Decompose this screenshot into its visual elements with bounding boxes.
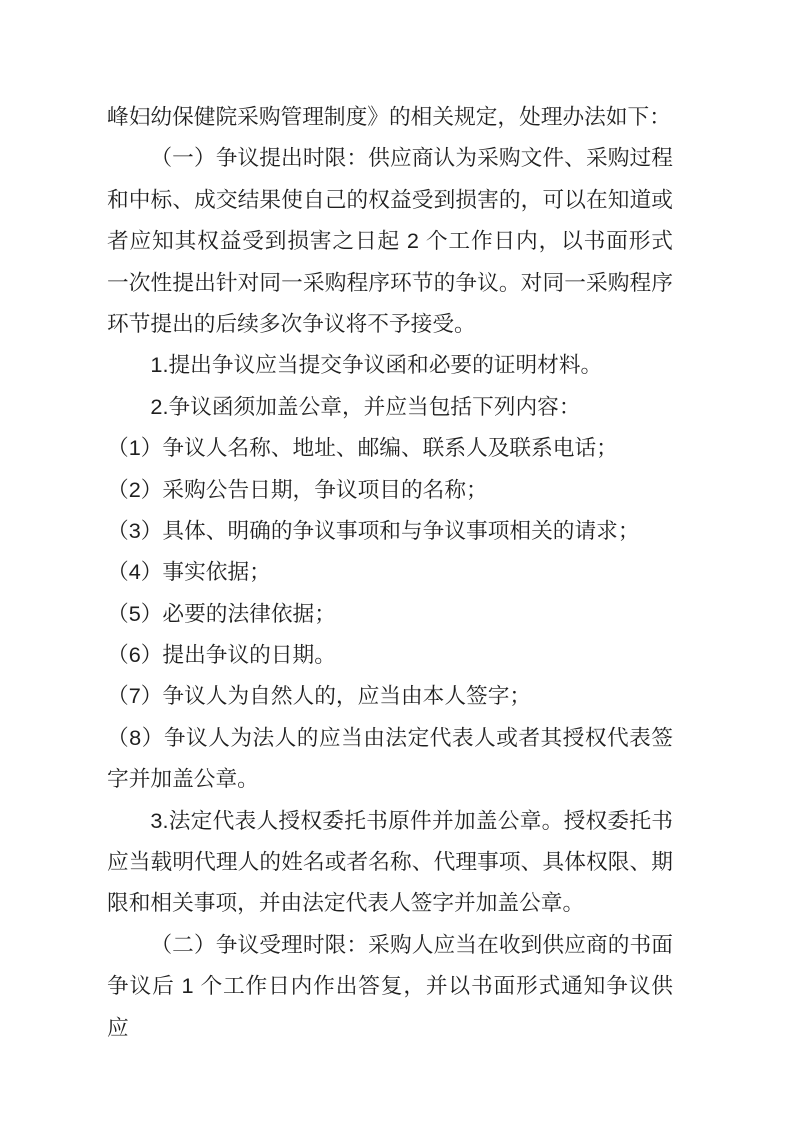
text-line: 一次性提出针对同一采购程序环节的争议。对同一采购程序 (107, 262, 673, 303)
text-line: 者应知其权益受到损害之日起 2 个工作日内，以书面形式 (107, 220, 673, 261)
text-line: 1.提出争议应当提交争议函和必要的证明材料。 (107, 344, 673, 385)
text-line: 应当载明代理人的姓名或者名称、代理事项、具体权限、期 (107, 841, 673, 882)
text-line: （3）具体、明确的争议事项和与争议事项相关的请求； (107, 510, 673, 551)
text-line: （1）争议人名称、地址、邮编、联系人及联系电话； (107, 427, 673, 468)
document-page: 峰妇幼保健院采购管理制度》的相关规定，处理办法如下： （一）争议提出时限：供应商… (0, 0, 793, 1121)
text-line: （二）争议受理时限：采购人应当在收到供应商的书面 (107, 924, 673, 965)
text-line: （2）采购公告日期，争议项目的名称； (107, 469, 673, 510)
text-line: 字并加盖公章。 (107, 758, 673, 799)
text-line: 争议后 1 个工作日内作出答复，并以书面形式通知争议供应 (107, 965, 673, 1006)
text-line: 2.争议函须加盖公章，并应当包括下列内容： (107, 386, 673, 427)
text-line: （6）提出争议的日期。 (107, 634, 673, 675)
text-line: 和中标、成交结果使自己的权益受到损害的，可以在知道或 (107, 179, 673, 220)
text-line: 3.法定代表人授权委托书原件并加盖公章。授权委托书 (107, 800, 673, 841)
text-line: 环节提出的后续多次争议将不予接受。 (107, 303, 673, 344)
text-line: （8）争议人为法人的应当由法定代表人或者其授权代表签 (107, 717, 673, 758)
document-text-block: 峰妇幼保健院采购管理制度》的相关规定，处理办法如下： （一）争议提出时限：供应商… (107, 96, 673, 1007)
text-line: 峰妇幼保健院采购管理制度》的相关规定，处理办法如下： (107, 96, 673, 137)
text-line: （一）争议提出时限：供应商认为采购文件、采购过程 (107, 137, 673, 178)
text-line: 限和相关事项，并由法定代表人签字并加盖公章。 (107, 882, 673, 923)
text-line: （5）必要的法律依据； (107, 593, 673, 634)
text-line: （7）争议人为自然人的，应当由本人签字； (107, 675, 673, 716)
text-line: （4）事实依据； (107, 551, 673, 592)
